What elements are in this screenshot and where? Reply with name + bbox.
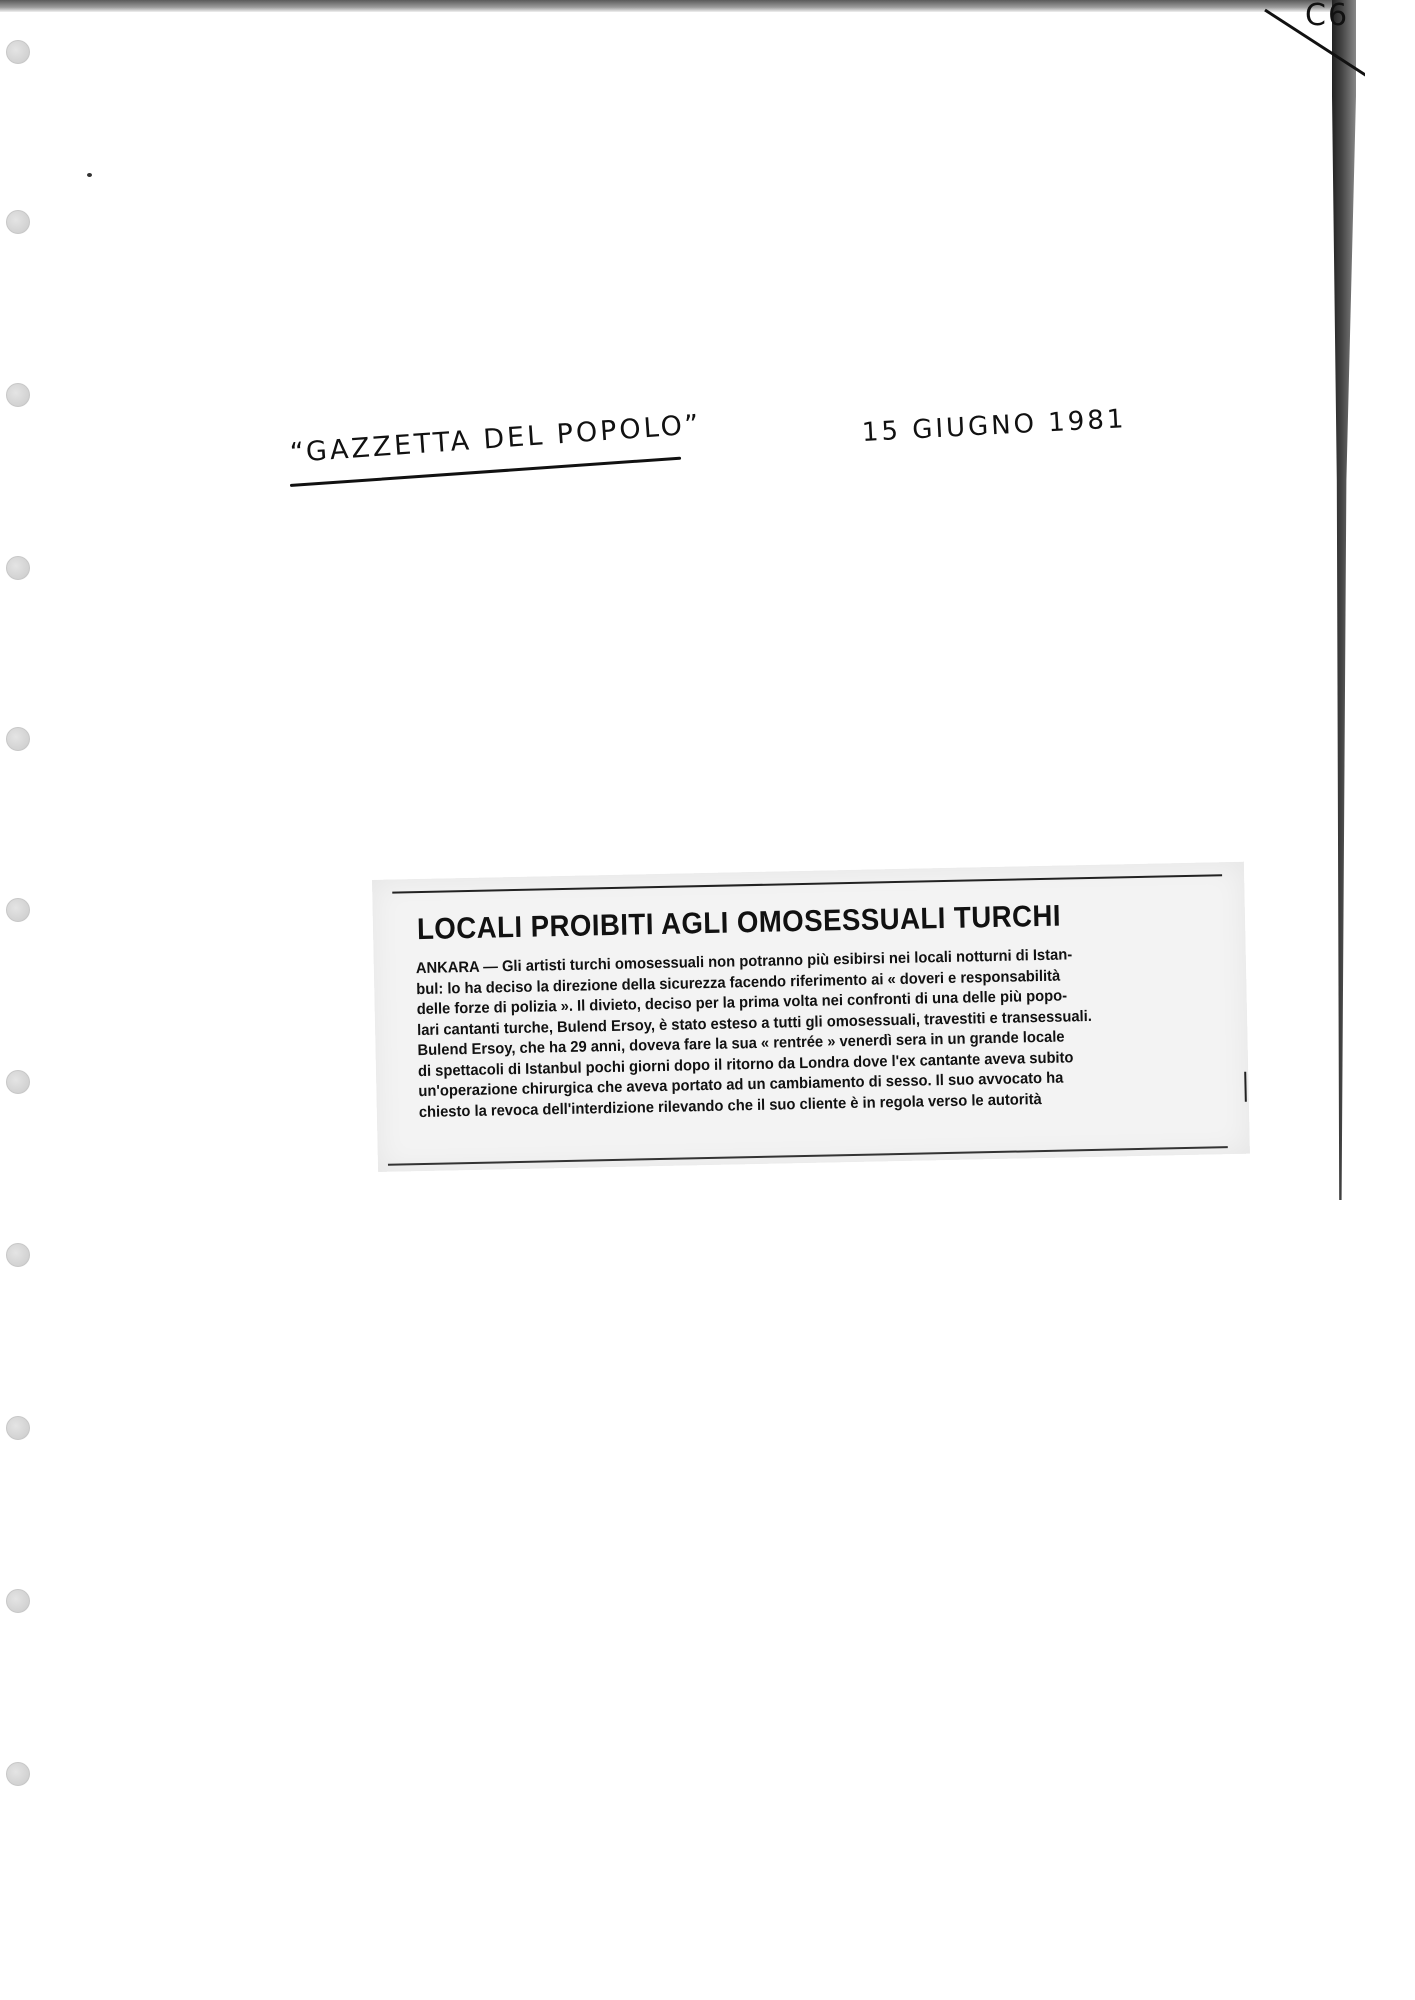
binder-hole (6, 1762, 30, 1786)
binder-hole (6, 898, 30, 922)
binder-hole (6, 1416, 30, 1440)
clipping-headline: LOCALI PROIBITI AGLI OMOSESSUALI TURCHI (417, 900, 1062, 947)
binder-hole (6, 556, 30, 580)
binder-hole (6, 40, 30, 64)
scan-right-edge (1332, 0, 1356, 1200)
binder-hole (6, 727, 30, 751)
clipping-bottom-rule (388, 1146, 1228, 1166)
binder-hole (6, 383, 30, 407)
clipping-top-rule (392, 874, 1222, 893)
corner-mark: C6 (1245, 2, 1365, 82)
scan-speck (87, 173, 92, 177)
binder-hole (6, 1070, 30, 1094)
binder-hole (6, 1589, 30, 1613)
handwritten-date: 15 GIUGNO 1981 (861, 404, 1127, 448)
scan-top-shadow (0, 0, 1340, 12)
corner-code: C6 (1305, 0, 1349, 33)
clipping-body: ANKARA — Gli artisti turchi omosessuali … (416, 942, 1234, 1123)
clipping-right-rule (1244, 1072, 1247, 1102)
binder-hole (6, 1243, 30, 1267)
newspaper-clipping: LOCALI PROIBITI AGLI OMOSESSUALI TURCHI … (372, 862, 1250, 1172)
binder-hole (6, 210, 30, 234)
